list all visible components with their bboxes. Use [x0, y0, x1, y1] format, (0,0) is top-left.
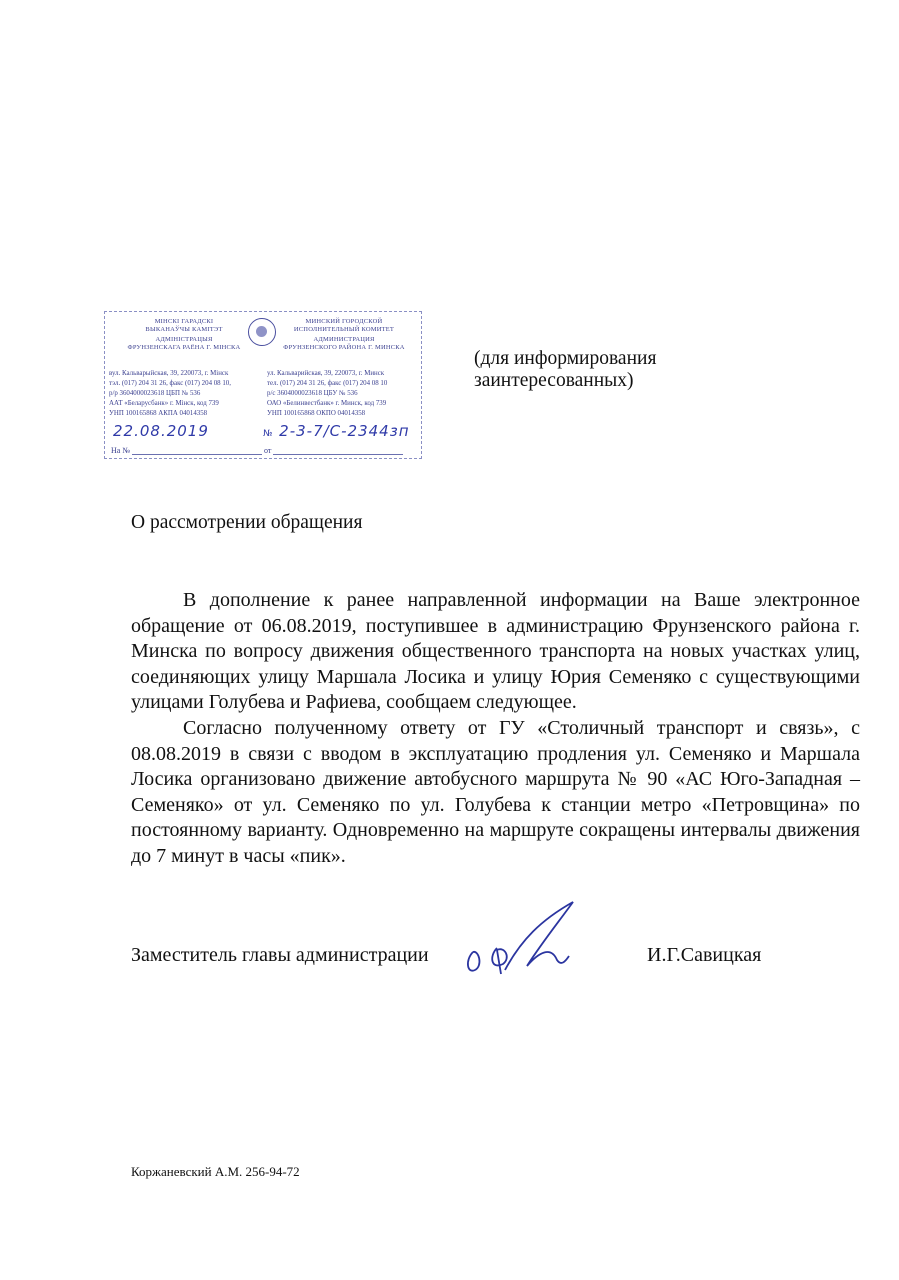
- paragraph: В дополнение к ранее направленной информ…: [131, 588, 860, 716]
- addressee: (для информирования заинтересованных): [474, 348, 656, 392]
- registration-stamp: Мінскі гарадскі выканаўчы камітэт Адміні…: [104, 311, 422, 459]
- handwritten-signature-icon: [461, 900, 611, 980]
- stamp-details-russian: ул. Кальварийская, 39, 220073, г. Минск …: [267, 369, 419, 419]
- stamp-outgoing-number: № 2-3-7/С-2344зп: [263, 422, 410, 440]
- letter-subject: О рассмотрении обращения: [131, 512, 362, 534]
- stamp-date: 22.08.2019: [113, 422, 209, 440]
- paragraph: Согласно полученному ответу от ГУ «Столи…: [131, 716, 860, 870]
- executor-contact: Коржаневский А.М. 256-94-72: [131, 1164, 300, 1180]
- signatory-position: Заместитель главы администрации: [131, 944, 429, 967]
- signatory-name: И.Г.Савицкая: [647, 944, 761, 967]
- signature-block: Заместитель главы администрации И.Г.Сави…: [131, 944, 860, 974]
- stamp-org-belarusian: Мінскі гарадскі выканаўчы камітэт Адміні…: [109, 318, 259, 352]
- stamp-reference-line: На № от: [111, 446, 403, 455]
- stamp-details-belarusian: вул. Кальварыйская, 39, 220073, г. Мінск…: [109, 369, 261, 419]
- stamp-org-russian: Минский городской исполнительный комитет…: [269, 318, 419, 352]
- letter-body: В дополнение к ранее направленной информ…: [131, 588, 860, 870]
